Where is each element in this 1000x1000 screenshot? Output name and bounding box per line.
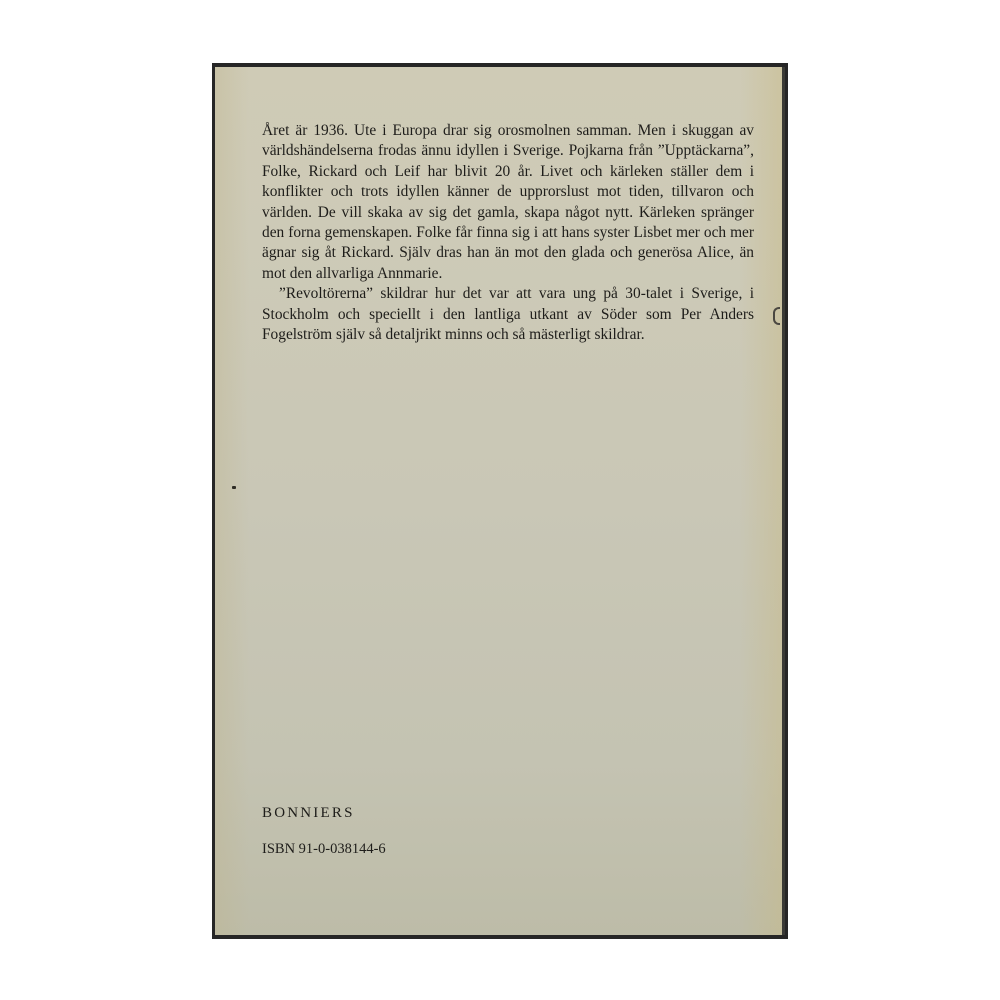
isbn-number: ISBN 91-0-038144-6 — [262, 841, 386, 858]
publisher-name: BONNIERS — [262, 805, 355, 822]
blurb-paragraph-1: Året är 1936. Ute i Europa drar sig oros… — [262, 121, 754, 284]
paper-speck — [232, 486, 236, 489]
cover-edge — [782, 67, 785, 935]
blurb-text: Året är 1936. Ute i Europa drar sig oros… — [262, 121, 754, 345]
blurb-paragraph-2: ”Revoltörerna” skildrar hur det var att … — [262, 284, 754, 345]
edge-mark — [773, 307, 780, 325]
book-back-cover: Året är 1936. Ute i Europa drar sig oros… — [212, 63, 788, 939]
